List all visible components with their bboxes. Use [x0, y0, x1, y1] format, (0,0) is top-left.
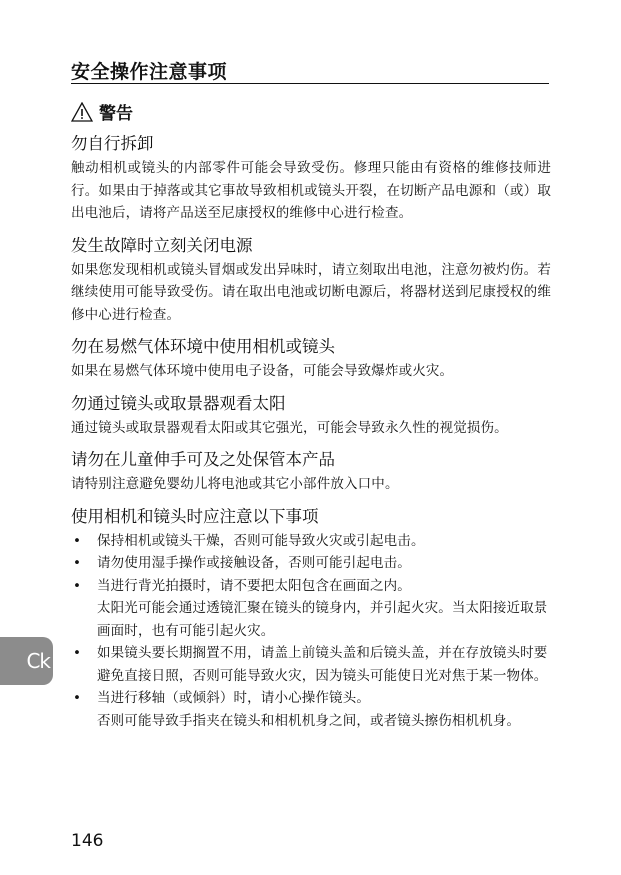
section-body: 触动相机或镜头的内部零件可能会导致受伤。修理只能由有资格的维修技师进行。如果由于… [71, 157, 551, 225]
section-body: 如果在易燃气体环境中使用电子设备，可能会导致爆炸或火灾。 [71, 360, 551, 383]
list-item: • 当进行移轴（或倾斜）时，请小心操作镜头。 否则可能导致手指夹在镜头和相机机身… [71, 687, 551, 732]
section-body: 通过镜头或取景器观看太阳或其它强光，可能会导致永久性的视觉损伤。 [71, 417, 551, 440]
bullet-icon: • [73, 552, 81, 575]
warning-label: 警告 [99, 99, 133, 124]
page-title: 安全操作注意事项 [71, 57, 227, 84]
section-body: 如果您发现相机或镜头冒烟或发出异味时，请立刻取出电池，注意勿被灼伤。若继续使用可… [71, 259, 551, 327]
list-item: • 保持相机或镜头干燥，否则可能导致火灾或引起电击。 [71, 530, 551, 553]
section-heading: 勿自行拆卸 [71, 133, 551, 155]
precaution-list: • 保持相机或镜头干燥，否则可能导致火灾或引起电击。 • 请勿使用湿手操作或接触… [71, 530, 551, 733]
section-disassembly: 勿自行拆卸 触动相机或镜头的内部零件可能会导致受伤。修理只能由有资格的维修技师进… [71, 133, 551, 225]
content: 勿自行拆卸 触动相机或镜头的内部零件可能会导致受伤。修理只能由有资格的维修技师进… [71, 133, 551, 742]
language-tab: Ck [0, 637, 53, 685]
section-body: 请特别注意避免婴幼儿将电池或其它小部件放入口中。 [71, 473, 551, 496]
warning-triangle-icon [71, 102, 93, 122]
bullet-icon: • [73, 530, 81, 553]
bullet-icon: • [73, 575, 81, 598]
section-flammable-gas: 勿在易燃气体环境中使用相机或镜头 如果在易燃气体环境中使用电子设备，可能会导致爆… [71, 336, 551, 383]
section-heading: 请勿在儿童伸手可及之处保管本产品 [71, 449, 551, 471]
section-heading: 勿通过镜头或取景器观看太阳 [71, 393, 551, 415]
title-divider [71, 83, 549, 84]
section-heading: 发生故障时立刻关闭电源 [71, 235, 551, 257]
section-children: 请勿在儿童伸手可及之处保管本产品 请特别注意避免婴幼儿将电池或其它小部件放入口中… [71, 449, 551, 496]
section-sun-viewing: 勿通过镜头或取景器观看太阳 通过镜头或取景器观看太阳或其它强光，可能会导致永久性… [71, 393, 551, 440]
page-number: 146 [71, 831, 103, 851]
warning-heading: 警告 [71, 99, 133, 124]
section-heading: 使用相机和镜头时应注意以下事项 [71, 506, 551, 528]
section-heading: 勿在易燃气体环境中使用相机或镜头 [71, 336, 551, 358]
list-item: • 请勿使用湿手操作或接触设备，否则可能引起电击。 [71, 552, 551, 575]
bullet-icon: • [73, 687, 81, 710]
bullet-icon: • [73, 642, 81, 665]
section-malfunction: 发生故障时立刻关闭电源 如果您发现相机或镜头冒烟或发出异味时，请立刻取出电池，注… [71, 235, 551, 327]
list-item: • 如果镜头要长期搁置不用，请盖上前镜头盖和后镜头盖，并在存放镜头时要避免直接日… [71, 642, 551, 687]
list-item: • 当进行背光拍摄时，请不要把太阳包含在画面之内。 太阳光可能会通过透镜汇聚在镜… [71, 575, 551, 643]
section-usage-precautions: 使用相机和镜头时应注意以下事项 • 保持相机或镜头干燥，否则可能导致火灾或引起电… [71, 506, 551, 733]
